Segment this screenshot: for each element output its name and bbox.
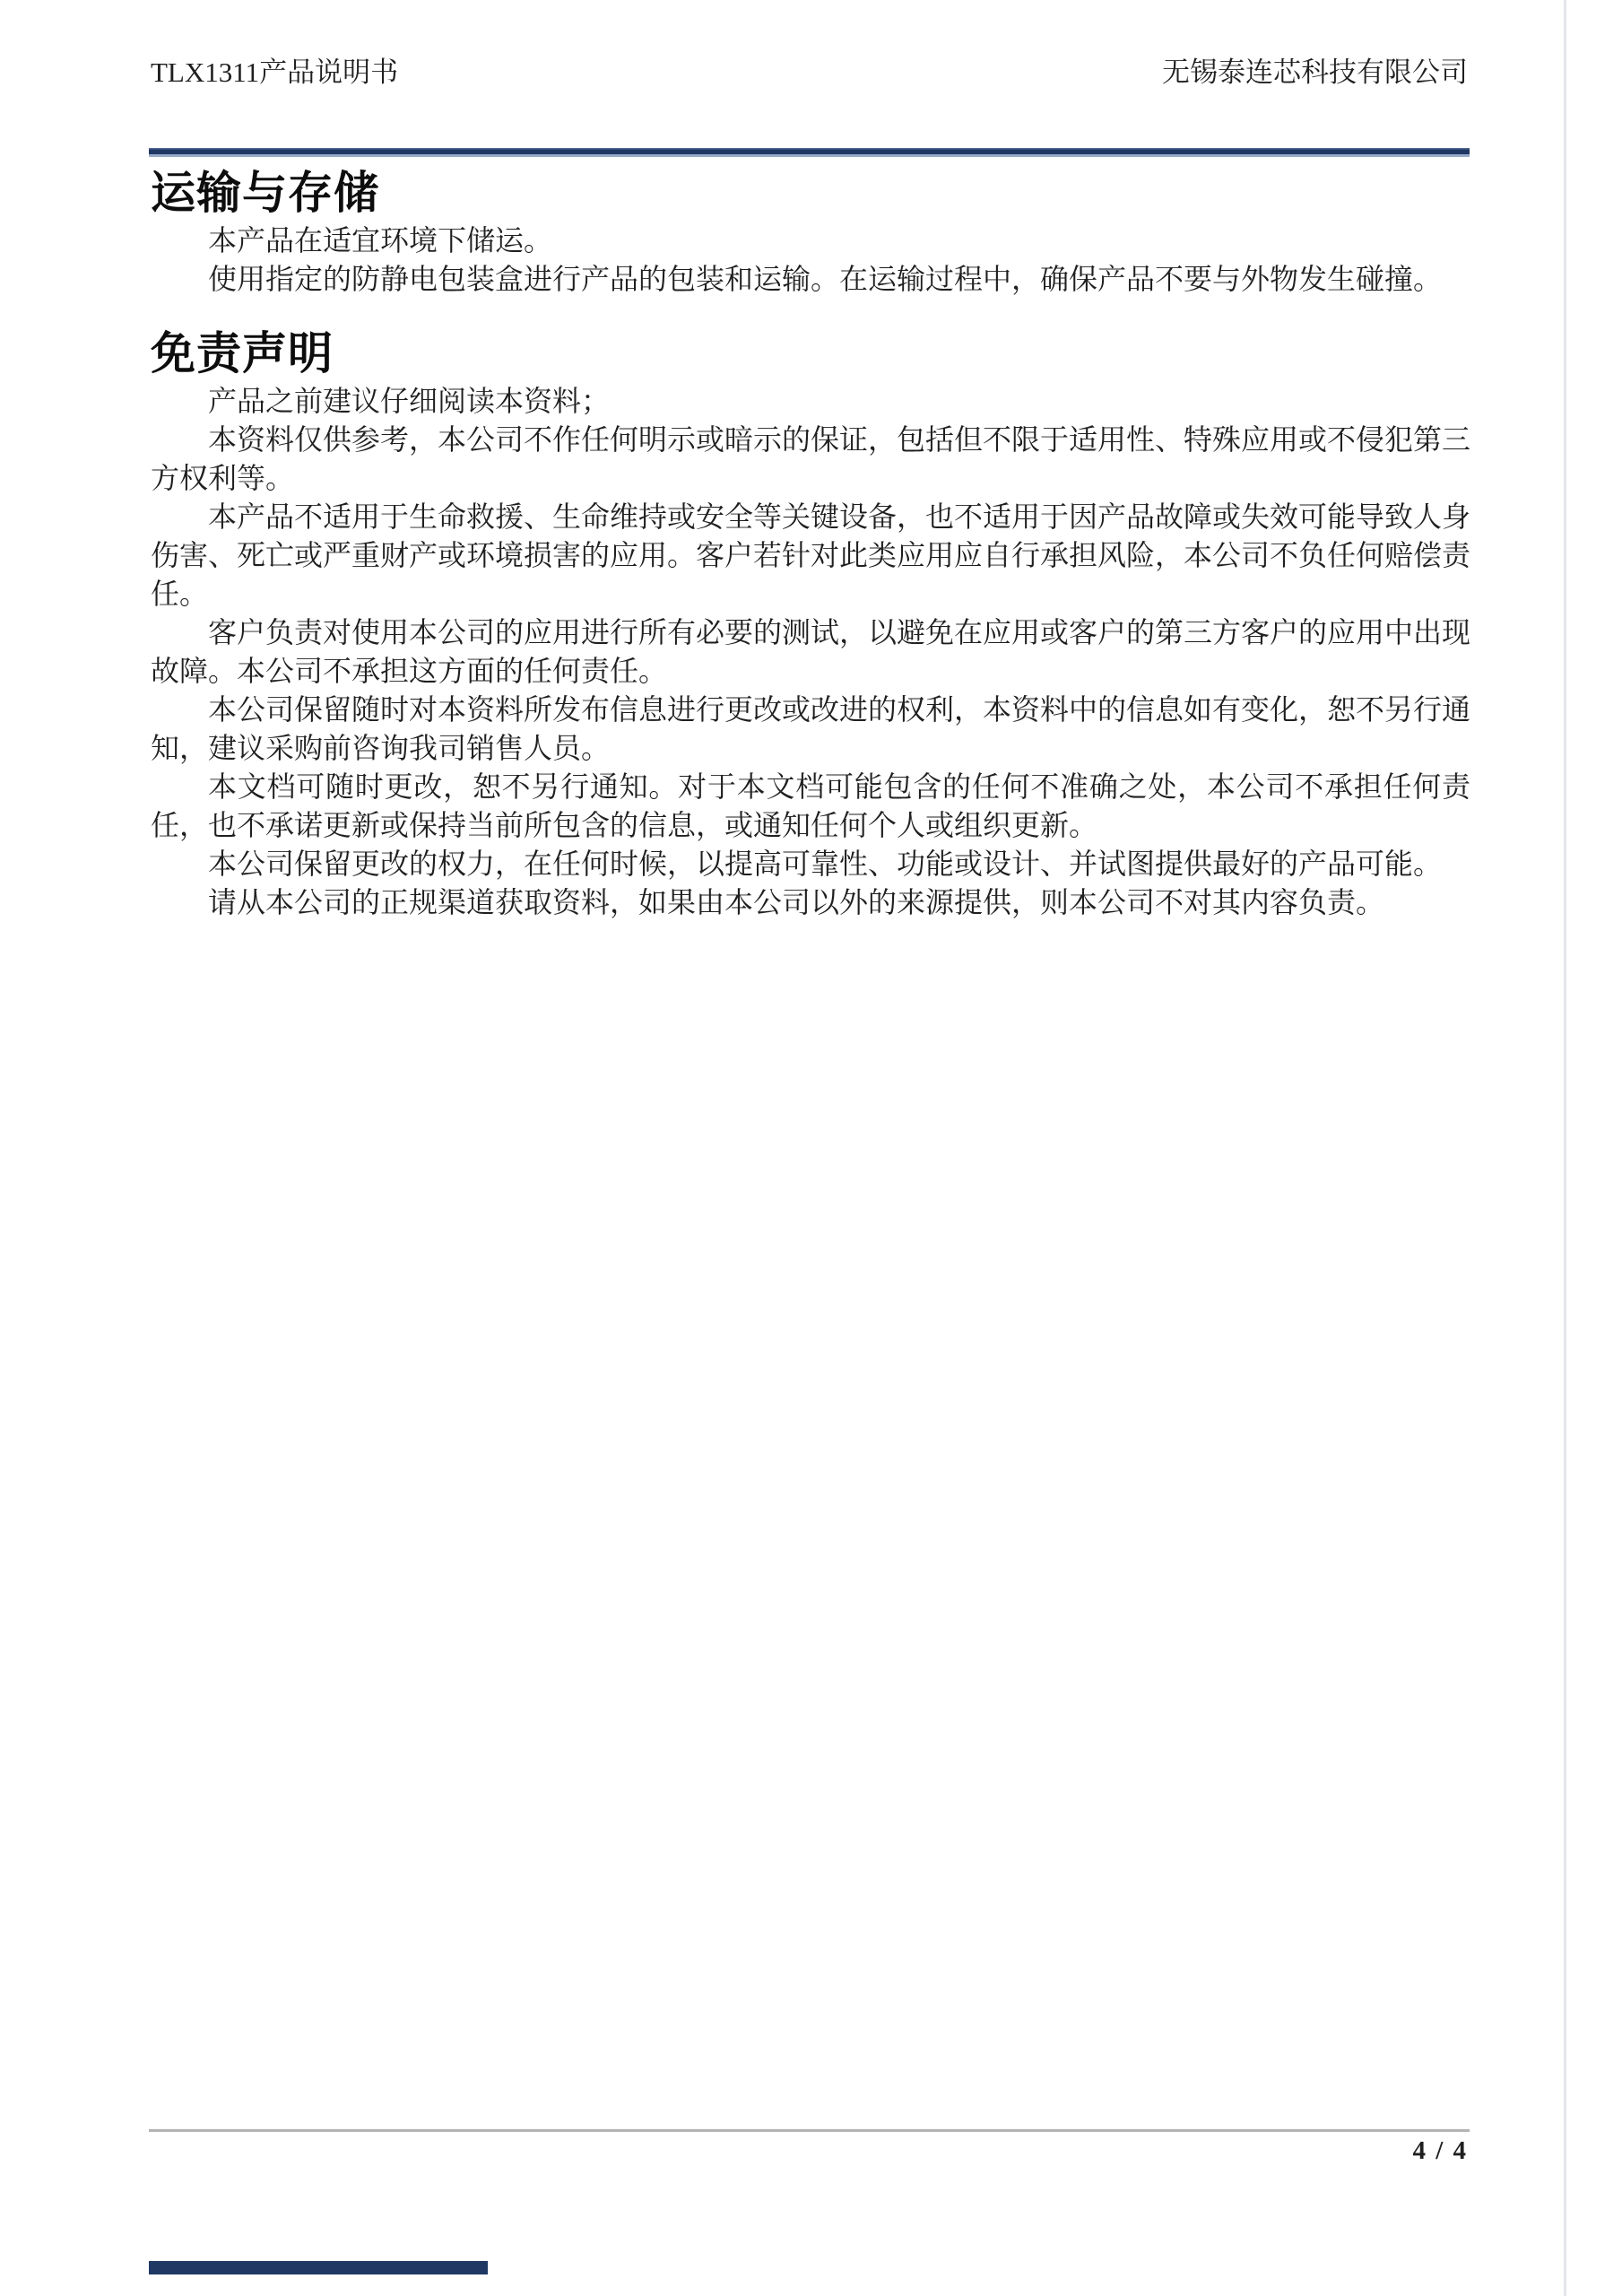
paragraph: 本资料仅供参考，本公司不作任何明示或暗示的保证，包括但不限于适用性、特殊应用或不… <box>151 421 1470 498</box>
section-heading-disclaimer: 免责声明 <box>151 329 1470 378</box>
paragraph: 本产品不适用于生命救援、生命维持或安全等关键设备，也不适用于因产品故障或失效可能… <box>151 498 1470 613</box>
paragraph: 本产品在适宜环境下储运。 <box>151 222 1470 260</box>
section-transport-storage: 运输与存储 本产品在适宜环境下储运。 使用指定的防静电包装盒进行产品的包装和运输… <box>151 169 1470 299</box>
section-heading-transport-storage: 运输与存储 <box>151 169 1470 217</box>
page-header: TLX1311产品说明书 无锡泰连芯科技有限公司 <box>151 52 1468 93</box>
paragraph: 请从本公司的正规渠道获取资料，如果由本公司以外的来源提供，则本公司不对其内容负责… <box>151 883 1470 922</box>
footer-accent-bar <box>149 2261 488 2274</box>
paragraph: 本公司保留更改的权力，在任何时候，以提高可靠性、功能或设计、并试图提供最好的产品… <box>151 845 1470 883</box>
document-body: 运输与存储 本产品在适宜环境下储运。 使用指定的防静电包装盒进行产品的包装和运输… <box>151 169 1470 922</box>
section-disclaimer: 免责声明 产品之前建议仔细阅读本资料； 本资料仅供参考，本公司不作任何明示或暗示… <box>151 329 1470 922</box>
document-title: TLX1311产品说明书 <box>151 52 398 93</box>
header-rule <box>149 148 1470 157</box>
page-edge-shadow <box>1564 0 1566 2296</box>
paragraph: 本文档可随时更改，恕不另行通知。对于本文档可能包含的任何不准确之处，本公司不承担… <box>151 768 1470 845</box>
document-page: TLX1311产品说明书 无锡泰连芯科技有限公司 运输与存储 本产品在适宜环境下… <box>0 0 1622 2296</box>
paragraph: 客户负责对使用本公司的应用进行所有必要的测试，以避免在应用或客户的第三方客户的应… <box>151 613 1470 691</box>
company-name: 无锡泰连芯科技有限公司 <box>1162 52 1468 93</box>
page-number: 4 / 4 <box>1412 2136 1468 2166</box>
paragraph: 产品之前建议仔细阅读本资料； <box>151 382 1470 421</box>
footer-rule <box>149 2129 1470 2132</box>
paragraph: 本公司保留随时对本资料所发布信息进行更改或改进的权利，本资料中的信息如有变化，恕… <box>151 691 1470 768</box>
paragraph: 使用指定的防静电包装盒进行产品的包装和运输。在运输过程中，确保产品不要与外物发生… <box>151 260 1470 299</box>
